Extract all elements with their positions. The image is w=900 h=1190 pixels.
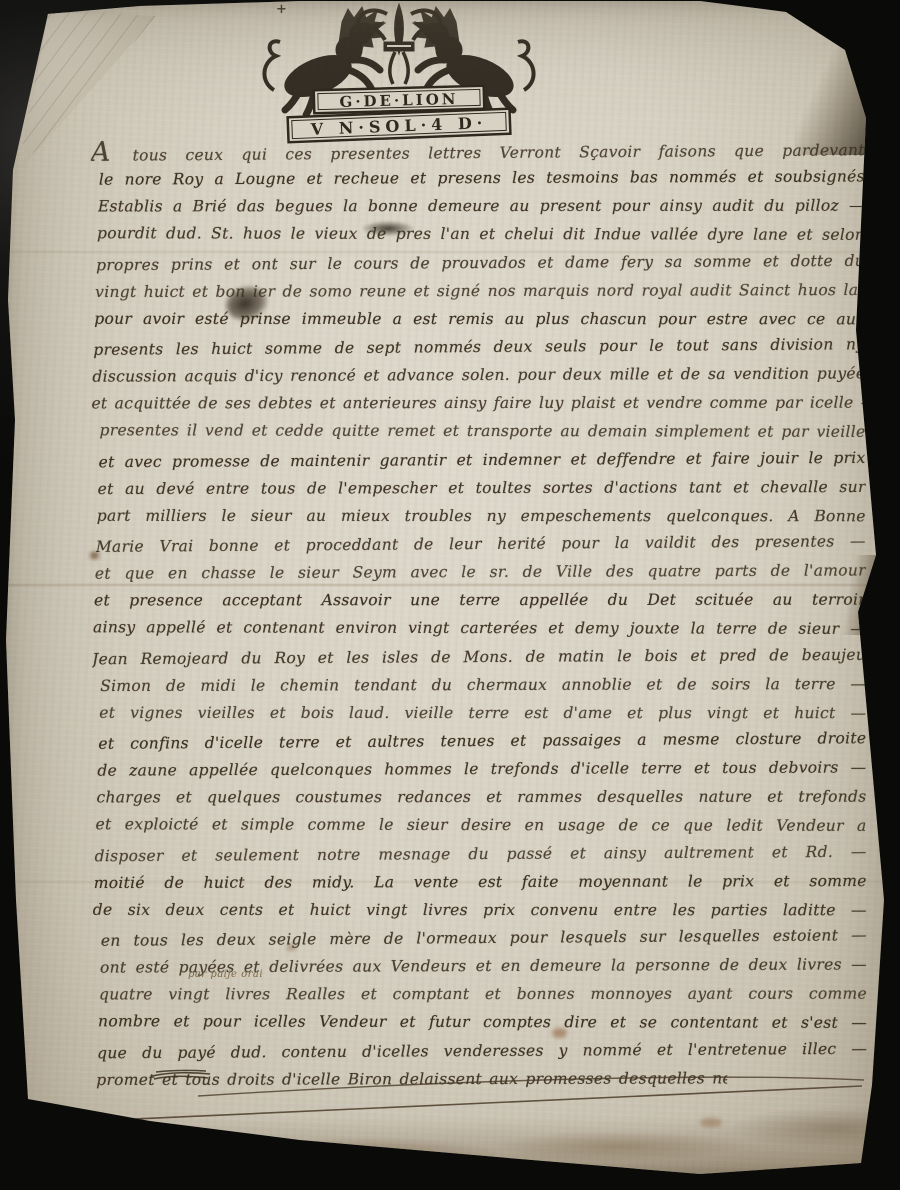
manuscript-line: ainsy appellé et contenant environ vingt… — [93, 614, 866, 644]
manuscript-line: de six deux cents et huict vingt livres … — [93, 896, 867, 925]
manuscript-line: pour avoir esté prinse immeuble a est re… — [94, 305, 865, 334]
photograph-background: + — [0, 0, 900, 1190]
manuscript-line: part milliers le sieur au mieux troubles… — [97, 502, 866, 531]
manuscript-line: que du payé dud. contenu d'icelles vende… — [97, 1034, 867, 1067]
stamp-banner-top: G·DE·LION — [314, 86, 485, 113]
manuscript-line: le nore Roy a Lougne et recheue et prese… — [99, 163, 865, 194]
manuscript-line: et vignes vieilles et bois laud. vieille… — [99, 699, 866, 728]
manuscript-line: et exploicté et simple comme le sieur de… — [96, 811, 867, 841]
manuscript-paper: + — [0, 0, 900, 1190]
manuscript-line: et que en chasse le sieur Seym avec le s… — [95, 556, 866, 587]
manuscript-line: et avec promesse de maintenir garantir e… — [99, 443, 866, 476]
manuscript-line: Jean Remojeard du Roy et les isles de Mo… — [92, 640, 866, 673]
manuscript-line: moitié de huict des midy. La vente est f… — [94, 867, 867, 897]
manuscript-line: en tous les deux seigle mère de l'ormeau… — [101, 921, 867, 955]
tax-stamp-emblem: G·DE·LION V N·SOL·4 D· — [254, 0, 544, 146]
interlinear-note: par paije orai — [188, 969, 263, 980]
manuscript-line: quatre vingt livres Realles et comptant … — [99, 980, 867, 1009]
manuscript-line: discussion acquis d'icy renoncé et advan… — [92, 360, 865, 391]
manuscript-line: vingt huict et bon ier de somo reune et … — [95, 276, 865, 306]
manuscript-line: Establis a Brié das begues la bonne deme… — [98, 192, 865, 221]
manuscript-line: de zaune appellée quelconques hommes le … — [97, 753, 866, 784]
manuscript-line: charges et quelques coustumes redances e… — [96, 783, 866, 812]
signature-flourish — [78, 1070, 878, 1160]
manuscript-line: propres prins et ont sur le cours de pro… — [96, 246, 865, 279]
manuscript-line: Marie Vrai bonne et proceddant de leur h… — [96, 527, 866, 561]
manuscript-line: nombre et pour icelles Vendeur et futur … — [98, 1008, 867, 1038]
manuscript-line: pourdit dud. St. huos le vieux de pres l… — [97, 220, 865, 250]
manuscript-line: et presence acceptant Assavoir une terre… — [94, 586, 866, 615]
manuscript-line: disposer et seulement notre mesnage du p… — [95, 837, 867, 870]
manuscript-line: presentes il vend et cedde quitte remet … — [99, 417, 865, 447]
manuscript-line: et confins d'icelle terre et aultres ten… — [98, 724, 866, 758]
manuscript-text: A tous ceux qui ces presentes lettres Ve… — [95, 135, 868, 1094]
stamp-banner-top-label: G·DE·LION — [339, 90, 458, 111]
manuscript-line: et acquittée de ses debtes et anterieure… — [91, 389, 865, 418]
manuscript-line: et au devé entre tous de l'empescher et … — [98, 473, 866, 503]
manuscript-line: Simon de midi le chemin tendant du cherm… — [100, 670, 866, 700]
